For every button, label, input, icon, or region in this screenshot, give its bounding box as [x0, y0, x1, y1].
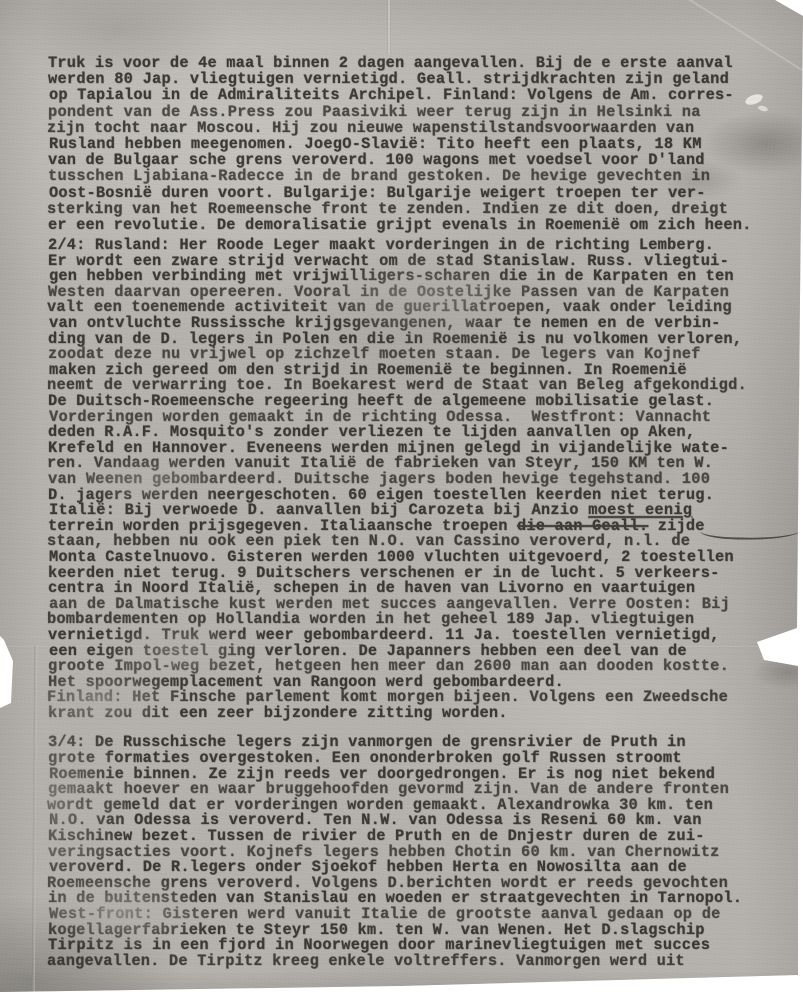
text-line: Truk is voor de 4e maal binnen 2 dagen a… — [48, 55, 778, 71]
text-line: van Weenen gebombardeerd. Duitsche jager… — [48, 472, 778, 488]
underlined-text: moest eenig — [588, 501, 692, 519]
text-line: op Tapialou in de Admiraliteits Archipel… — [49, 87, 779, 103]
text-line: er een revolutie. De demoralisatie grijp… — [48, 217, 778, 233]
text-line: Finland: Het Finsche parlement komt morg… — [47, 690, 777, 706]
text-line: bombardementen op Hollandia worden in he… — [47, 612, 777, 628]
page-background: Truk is voor de 4e maal binnen 2 dagen a… — [0, 0, 803, 1000]
text-run: Italië: Bij verwoede D. aanvallen bij Ca… — [49, 501, 588, 519]
fold-crease-top — [387, 0, 391, 54]
text-line: Roemeensche grens veroverd. Volgens D.be… — [47, 876, 777, 892]
fold-crease-left — [32, 645, 37, 997]
text-line: Rusland hebben meegenomen. JoegO-Slavië:… — [49, 136, 779, 152]
text-line: sterking van het Roemeensche front te ze… — [47, 201, 777, 217]
paragraph-p2: 2/4: Rusland: Her Roode Leger maakt vord… — [48, 238, 778, 721]
text-line: aangevallen. De Tirpitz kreeg enkele vol… — [47, 954, 777, 970]
text-line: West-front: Gisteren werd vanuit Italie … — [49, 907, 779, 923]
paragraph-p3: 3/4: De Russchische legers zijn vanmorge… — [48, 735, 778, 969]
text-line: neemt de verwarring toe. In Boekarest we… — [47, 378, 777, 394]
text-line: groote Impol-weg bezet, hetgeen hen meer… — [48, 659, 778, 675]
paragraph-p1: Truk is voor de 4e maal binnen 2 dagen a… — [48, 55, 778, 233]
paper-sheet: Truk is voor de 4e maal binnen 2 dagen a… — [0, 0, 803, 1000]
document-text: Truk is voor de 4e maal binnen 2 dagen a… — [48, 55, 778, 969]
text-line: Oost-Bosnië duren voort. Bulgarije: Bulg… — [49, 185, 779, 201]
text-line: N.O. van Odessa is veroverd. Ten N.W. va… — [49, 813, 779, 829]
text-line: pondent van de Ass.Press zou Paasiviki w… — [48, 104, 778, 120]
text-line: krant zou dit een zeer bijzondere zittin… — [48, 706, 778, 722]
text-line: Vorderingen worden gemaakt in de richtin… — [49, 410, 779, 426]
text-line: van de Bulgaar sche grens veroverd. 100 … — [48, 152, 778, 168]
text-line: van ontvluchte Russissche krijgsgevangen… — [49, 316, 779, 332]
text-line: werden 80 Jap. vliegtuigen vernietigd. G… — [48, 71, 778, 87]
text-line: tusschen Ljabiana-Radecce in de brand ge… — [48, 168, 778, 184]
text-line: zijn tocht naar Moscou. Hij zou nieuwe w… — [47, 120, 777, 136]
text-line: Monta Castelnuovo. Gisteren werden 1000 … — [49, 550, 779, 566]
text-line: Italië: Bij verwoede D. aanvallen bij Ca… — [49, 503, 779, 519]
